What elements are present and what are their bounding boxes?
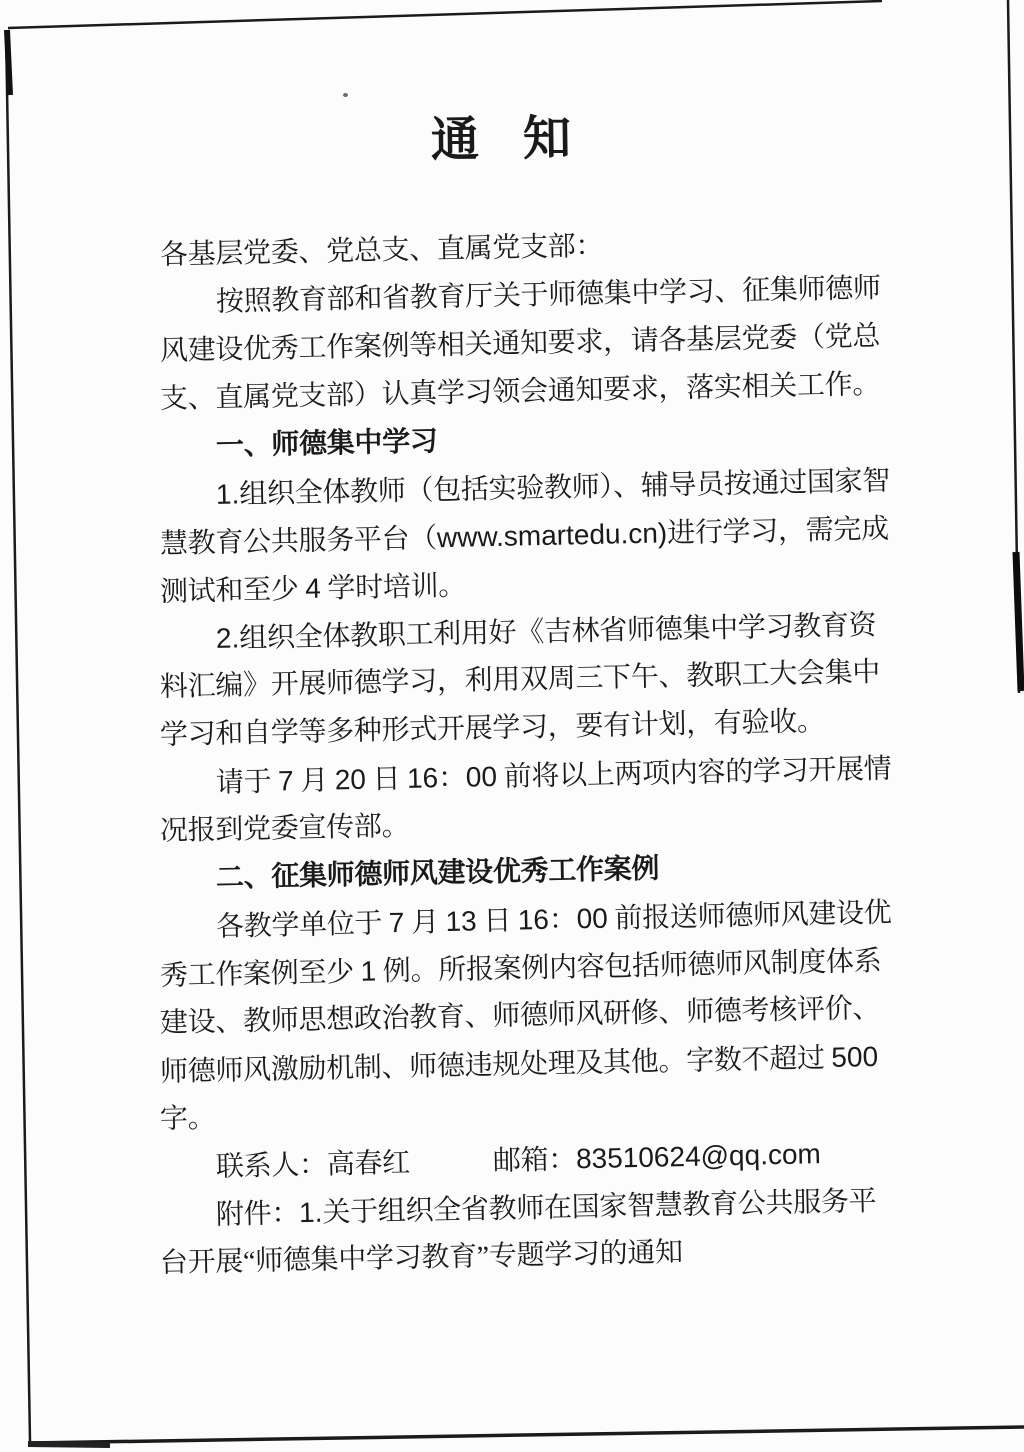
- doc-line-text: www.smartedu.cn): [437, 517, 668, 553]
- doc-line-text: 500: [831, 1041, 878, 1073]
- doc-line-text: 组织全体教职工利用好《吉林省师德集中学习教育资: [239, 610, 877, 654]
- doc-line-text: 日: [476, 906, 518, 938]
- doc-line-text: 例。所报案例内容包括师德师风制度体系: [376, 946, 882, 988]
- doc-line-text: 组织全体教师（包括实验教师）、辅导员按通过国家智: [239, 466, 890, 511]
- doc-line-text: 日: [366, 764, 408, 796]
- doc-line-text: 13: [445, 905, 477, 937]
- doc-line-text: 一、师德集中学习: [216, 426, 438, 462]
- page-border-left: [6, 30, 30, 1441]
- doc-line-text: 学时培训。: [320, 571, 466, 605]
- doc-line-text: 二、征集师德师风建设优秀工作案例: [216, 854, 660, 894]
- doc-line-text: 进行学习，需完成: [667, 514, 889, 550]
- doc-line-text: 况报到党委宣传部。: [160, 811, 410, 847]
- doc-line-text: 料汇编》开展师德学习，利用双周三下午、教职工大会集中: [160, 657, 881, 703]
- doc-line-text: 慧教育公共服务平台（: [160, 523, 438, 560]
- doc-line-text: 7: [278, 765, 294, 796]
- doc-line-text: 2.: [216, 622, 240, 653]
- doc-line-text: 20: [334, 764, 366, 796]
- document-body: 各基层党委、党总支、直属党支部：按照教育部和省教育厅关于师德集中学习、征集师德师…: [160, 232, 880, 1288]
- scanned-page: 通 知 各基层党委、党总支、直属党支部：按照教育部和省教育厅关于师德集中学习、征…: [0, 0, 1024, 1452]
- doc-line-text: 1.: [216, 478, 240, 509]
- doc-line-text: 前报送师德师风建设优: [607, 898, 891, 935]
- doc-line-text: 请于: [216, 767, 279, 799]
- document-content: 通 知 各基层党委、党总支、直属党支部：按照教育部和省教育厅关于师德集中学习、征…: [160, 0, 880, 1288]
- doc-line-text: 83510624@qq.com: [576, 1138, 821, 1174]
- doc-line-text: ：: [438, 763, 466, 795]
- doc-line-text: 建设、教师思想政治教育、师德师风研修、师德考核评价、: [160, 993, 881, 1039]
- doc-line-text: 附件：: [216, 1198, 300, 1231]
- doc-line-text: 师德师风激励机制、师德违规处理及其他。字数不超过: [160, 1043, 832, 1088]
- doc-line-text: 7: [389, 907, 405, 938]
- doc-line-text: 16: [407, 762, 439, 794]
- page-border-bottom: [30, 1427, 1024, 1443]
- doc-line-text: 1: [360, 955, 376, 986]
- page-border-left-thick: [7, 30, 10, 95]
- doc-line-text: 月: [293, 765, 335, 797]
- page-border-right-thick: [1016, 552, 1021, 691]
- doc-line-text: 00: [576, 903, 608, 935]
- doc-line-text: 16: [517, 904, 549, 936]
- doc-line-text: 关于组织全省教师在国家智慧教育公共服务平: [322, 1186, 877, 1229]
- doc-line-text: 各教学单位于: [216, 908, 390, 943]
- doc-line-text: 支、直属党支部）认真学习领会通知要求，落实相关工作。: [160, 369, 881, 415]
- doc-line-text: 台开展“师德集中学习教育”专题学习的通知: [160, 1237, 683, 1279]
- doc-line-text: 月: [404, 907, 446, 939]
- doc-line-text: 按照教育部和省教育厅关于师德集中学习、征集师德师: [216, 273, 881, 318]
- doc-line-text: ：: [549, 904, 577, 936]
- page-border-bottom-smudge: [28, 1444, 110, 1445]
- document-title: 通 知: [160, 104, 881, 176]
- doc-line-text: 1.: [299, 1197, 323, 1228]
- doc-line-text: 风建设优秀工作案例等相关通知要求，请各基层党委（党总: [160, 321, 881, 367]
- doc-line-text: 联系人：高春红 邮箱：: [216, 1144, 577, 1183]
- doc-line-text: 测试和至少: [160, 574, 306, 608]
- page-border-right: [1008, 0, 1019, 693]
- doc-line-text: 各基层党委、党总支、直属党支部：: [160, 231, 604, 271]
- doc-line-text: 秀工作案例至少: [160, 957, 361, 992]
- doc-line-text: 00: [466, 761, 498, 793]
- doc-line-text: 学习和自学等多种形式开展学习，要有计划，有验收。: [160, 706, 825, 751]
- doc-line-text: 4: [305, 573, 321, 604]
- doc-line-text: 字。: [160, 1103, 216, 1135]
- doc-line-text: 前将以上两项内容的学习开展情: [497, 754, 892, 793]
